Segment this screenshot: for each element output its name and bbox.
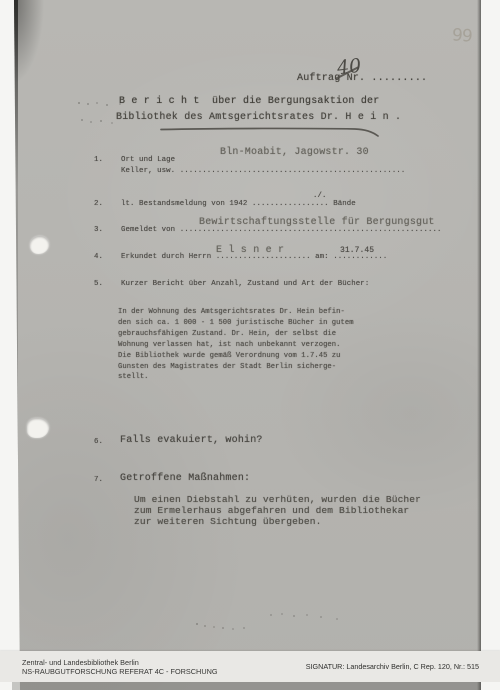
handwritten-page-number: 99	[451, 25, 472, 46]
footer-signature: SIGNATUR: Landesarchiv Berlin, C Rep. 12…	[306, 662, 479, 671]
scan-noise-speckles	[196, 623, 198, 625]
item-7-measures-paragraph: Um einen Diebstahl zu verhüten, wurden d…	[134, 494, 434, 527]
item-4-typed-date: 31.7.45	[340, 246, 374, 255]
item-1-number: 1.	[94, 156, 103, 164]
item-2-label: lt. Bestandsmeldung von 1942 ...........…	[121, 200, 356, 208]
item-6-number: 6.	[94, 438, 103, 446]
item-7-number: 7.	[94, 476, 103, 484]
paper-corner-shadow	[12, 0, 58, 120]
scanned-document-page: 99 Auftrag Nr. ......... 40 B e r i c h …	[0, 0, 500, 690]
footer-institution: Zentral- und Landesbibliothek Berlin NS-…	[22, 659, 218, 677]
title-underline-stroke	[159, 126, 383, 138]
report-title-line1: B e r i c h t über die Bergungsaktion de…	[119, 96, 379, 107]
item-1-label: Ort und Lage	[121, 156, 175, 164]
item-5-number: 5.	[94, 280, 103, 288]
paper-edge-shadow-left	[12, 0, 18, 690]
item-4-number: 4.	[94, 253, 103, 261]
item-1-typed-entry: Bln-Moabit, Jagowstr. 30	[220, 147, 369, 158]
paper-bottom-shadow	[12, 682, 481, 690]
item-2-number: 2.	[94, 200, 103, 208]
paper-edge-shadow-right	[477, 0, 481, 690]
scan-noise-speckles	[78, 102, 80, 104]
footer-institution-line2: NS-RAUBGUTFORSCHUNG REFERAT 4C - FORSCHU…	[22, 668, 218, 677]
item-1-dotted-line: Keller, usw. ...........................…	[121, 167, 405, 175]
report-title-line2: Bibliothek des Amtsgerichtsrates Dr. H e…	[116, 112, 401, 123]
item-5-label: Kurzer Bericht über Anzahl, Zustand und …	[121, 280, 369, 288]
item-4-typed-name: E l s n e r	[216, 245, 284, 256]
item-3-typed-entry: Bewirtschaftungsstelle für Bergungsgut	[199, 217, 435, 228]
item-3-number: 3.	[94, 226, 103, 234]
item-7-label: Getroffene Maßnahmen:	[120, 473, 250, 484]
item-6-label: Falls evakuiert, wohin?	[120, 435, 263, 446]
item-5-report-paragraph: In der Wohnung des Amtsgerichtsrates Dr.…	[118, 307, 378, 383]
item-2-typed-entry: ./.	[313, 192, 327, 200]
